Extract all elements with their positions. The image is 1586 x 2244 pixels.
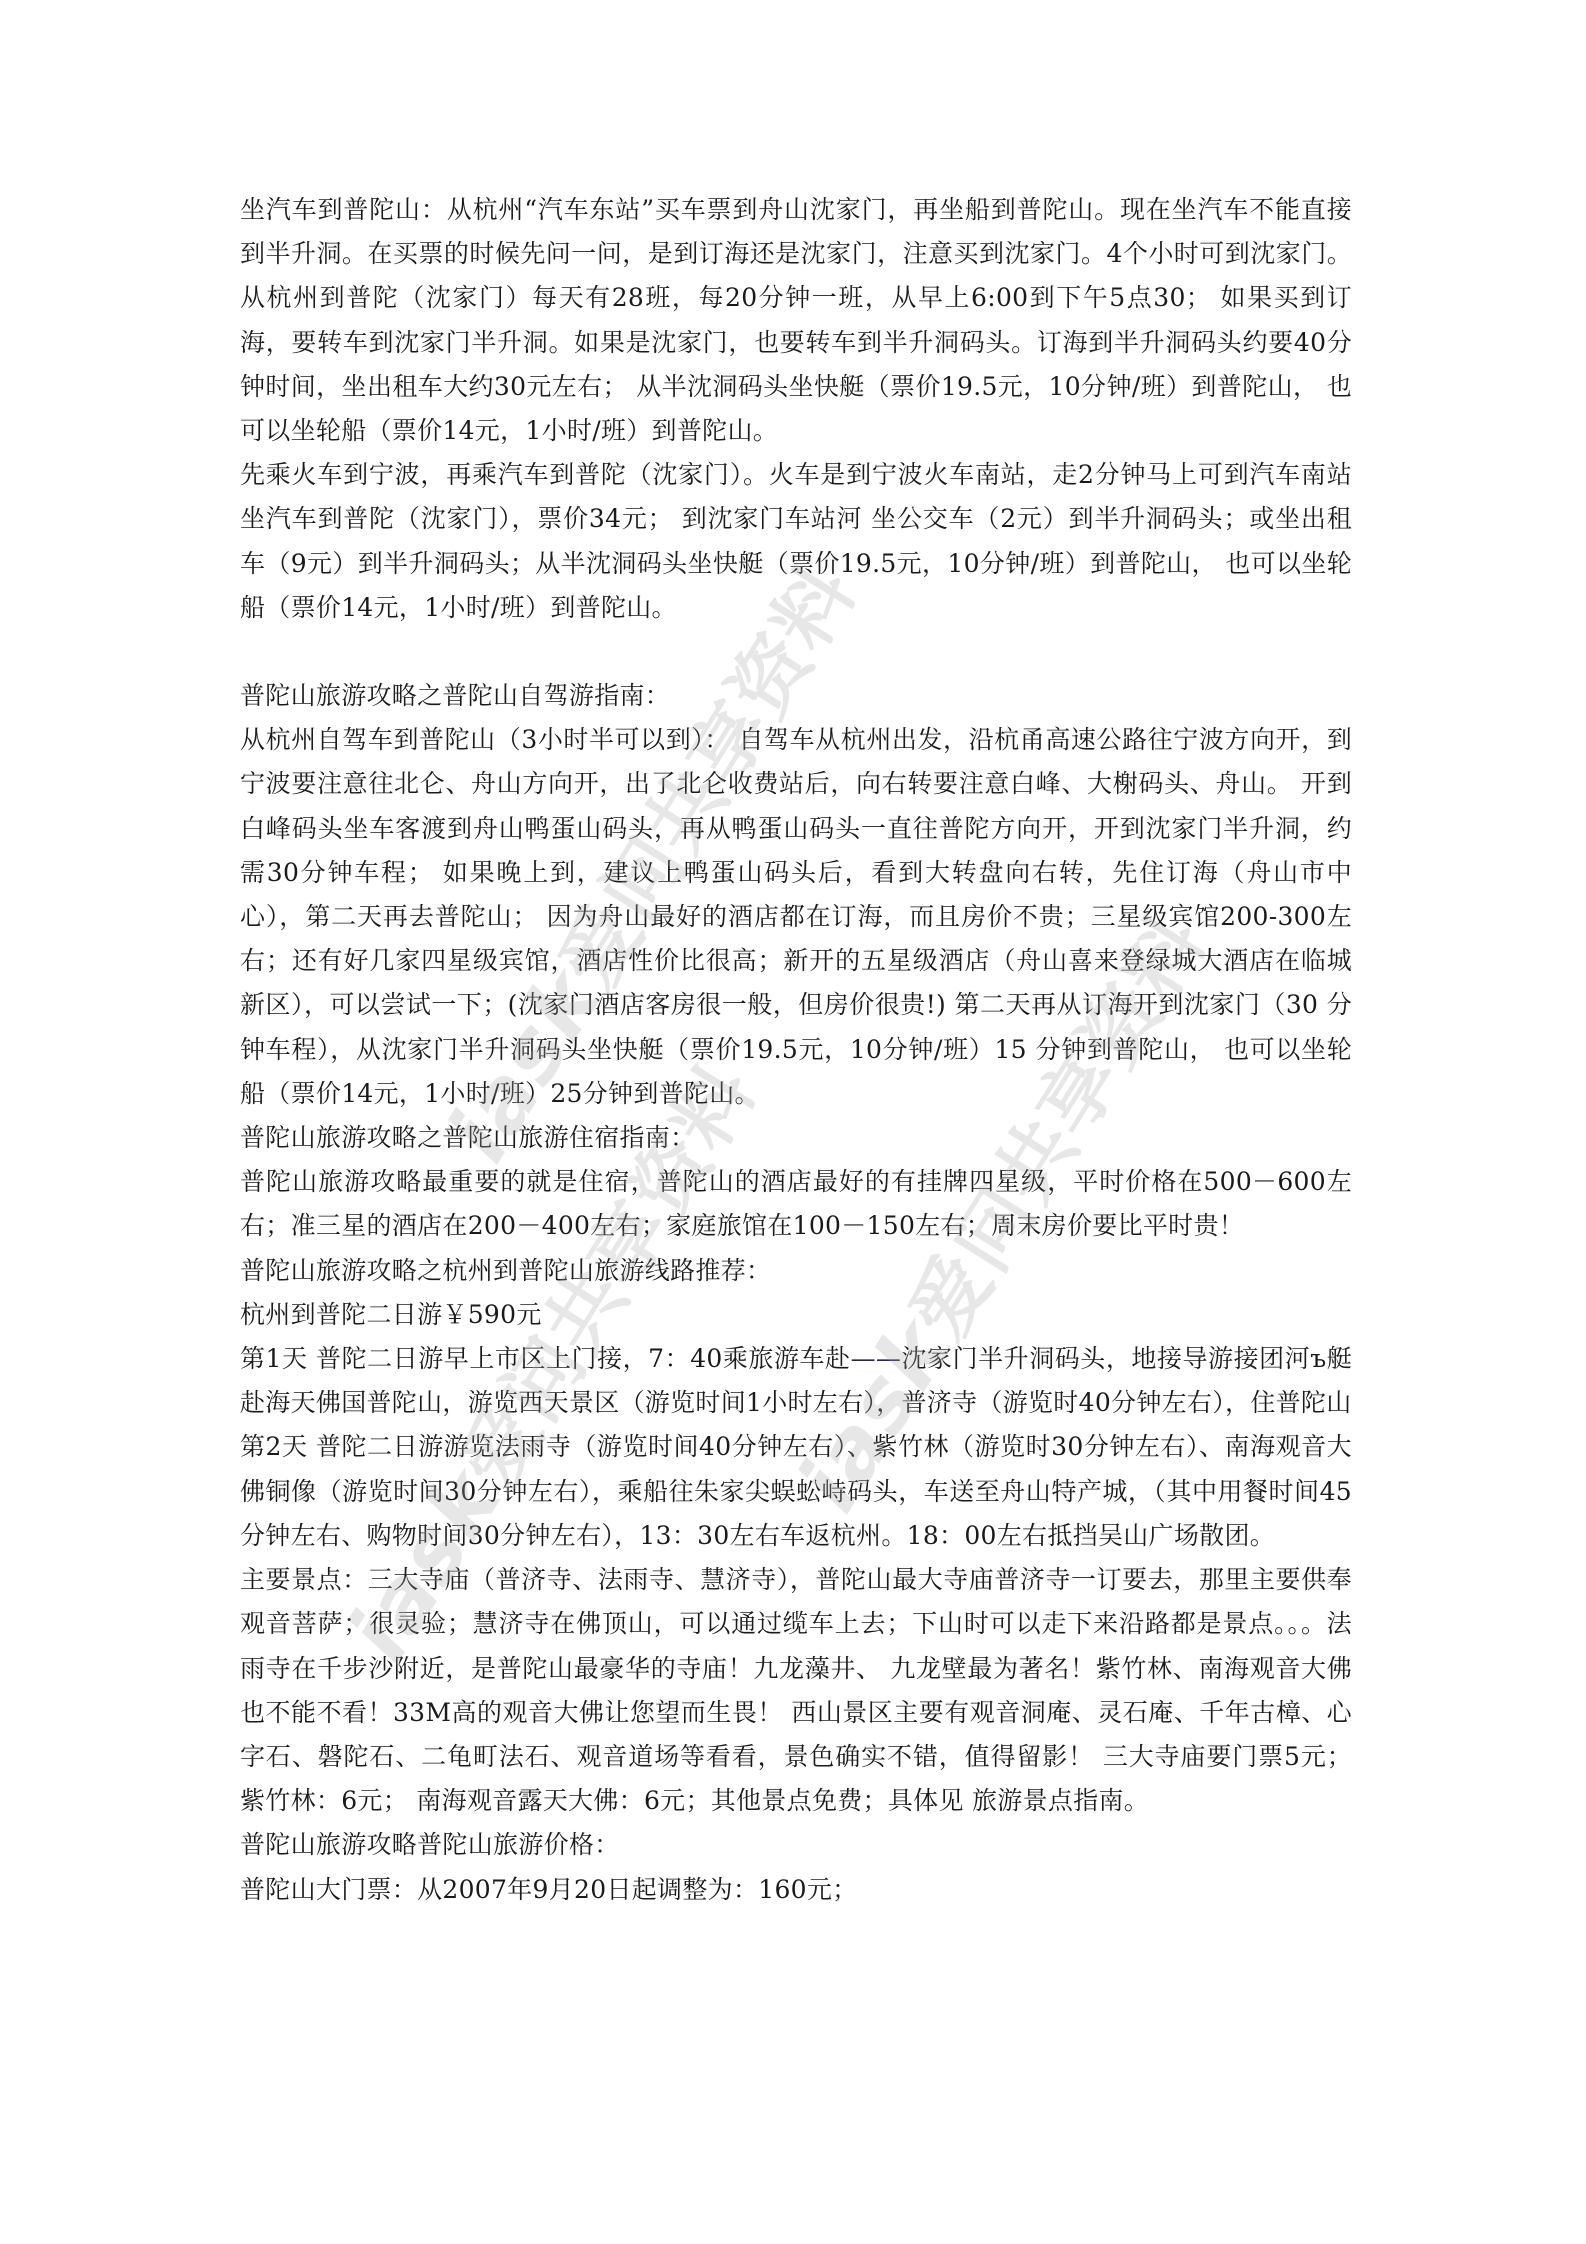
heading-self-drive: 普陀山旅游攻略之普陀山自驾游指南： bbox=[240, 674, 1352, 718]
em-dash: —— bbox=[851, 1344, 902, 1373]
paragraph-self-drive: 从杭州自驾车到普陀山（3小时半可以到）： 自驾车从杭州出发，沿杭甬高速公路往宁波… bbox=[240, 718, 1352, 1116]
paragraph-day1: 第1天 普陀二日游早上市区上门接，7：40乘旅游车赴——沈家门半升洞码头，地接导… bbox=[240, 1337, 1352, 1425]
paragraph-ticket: 普陀山大门票：从2007年9月20日起调整为：160元； bbox=[240, 1868, 1352, 1912]
route-title: 杭州到普陀二日游￥590元 bbox=[240, 1293, 1352, 1337]
spacer bbox=[240, 630, 1352, 674]
paragraph-day2: 第2天 普陀二日游游览法雨寺（游览时间40分钟左右）、紫竹林（游览时30分钟左右… bbox=[240, 1425, 1352, 1558]
heading-lodging: 普陀山旅游攻略之普陀山旅游住宿指南： bbox=[240, 1116, 1352, 1160]
paragraph-lodging: 普陀山旅游攻略最重要的就是住宿，普陀山的酒店最好的有挂牌四星级，平时价格在500… bbox=[240, 1160, 1352, 1248]
day1-part-a: 第1天 普陀二日游早上市区上门接，7：40乘旅游车赴 bbox=[240, 1344, 851, 1373]
heading-route: 普陀山旅游攻略之杭州到普陀山旅游线路推荐： bbox=[240, 1249, 1352, 1293]
paragraph-sights: 主要景点：三大寺庙（普济寺、法雨寺、慧济寺），普陀山最大寺庙普济寺一订要去，那里… bbox=[240, 1558, 1352, 1823]
document-page: 坐汽车到普陀山：从杭州“汽车东站”买车票到舟山沈家门，再坐船到普陀山。现在坐汽车… bbox=[240, 188, 1352, 1912]
paragraph-bus: 坐汽车到普陀山：从杭州“汽车东站”买车票到舟山沈家门，再坐船到普陀山。现在坐汽车… bbox=[240, 188, 1352, 453]
paragraph-train: 先乘火车到宁波，再乘汽车到普陀（沈家门）。火车是到宁波火车南站，走2分钟马上可到… bbox=[240, 453, 1352, 630]
heading-price: 普陀山旅游攻略普陀山旅游价格： bbox=[240, 1823, 1352, 1867]
